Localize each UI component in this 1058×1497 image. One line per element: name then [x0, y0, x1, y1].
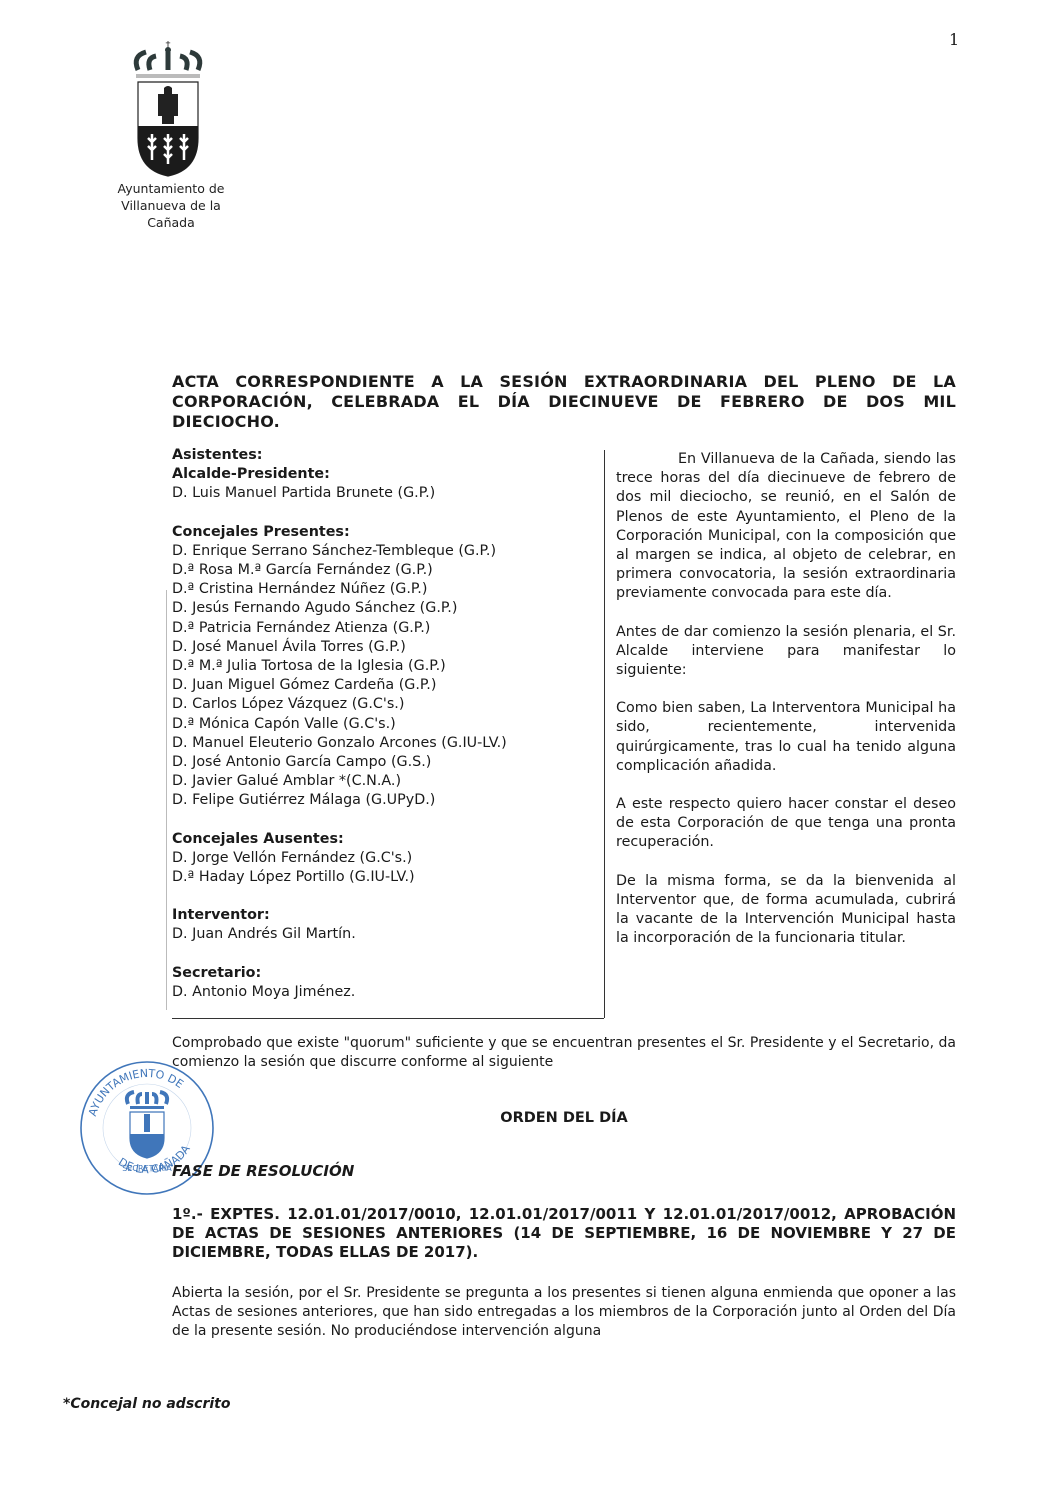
interventor-name: D. Juan Andrés Gil Martín.: [172, 925, 602, 944]
mayor-name: D. Luis Manuel Partida Brunete (G.P.): [172, 484, 602, 503]
present-councillor: D. Juan Miguel Gómez Cardeña (G.P.): [172, 676, 602, 695]
institution-caption: Ayuntamiento de Villanueva de la Cañada: [96, 180, 246, 231]
agenda-heading: ORDEN DEL DÍA: [172, 1110, 956, 1126]
present-councillor: D.ª M.ª Julia Tortosa de la Iglesia (G.P…: [172, 657, 602, 676]
column-divider: [604, 450, 605, 1018]
title-line-2: CORPORACIÓN, CELEBRADA EL DÍA DIECINUEVE…: [172, 392, 956, 432]
present-councillor: D. Manuel Eleuterio Gonzalo Arcones (G.I…: [172, 734, 602, 753]
narrative-paragraph-2: Antes de dar comienzo la sesión plenaria…: [616, 623, 956, 681]
municipal-coat-of-arms-icon: †: [128, 38, 208, 178]
page-number: 1: [949, 30, 959, 49]
secretario-name: D. Antonio Moya Jiménez.: [172, 983, 602, 1002]
present-heading: Concejales Presentes:: [172, 523, 602, 542]
present-councillor: D. Felipe Gutiérrez Málaga (G.UPyD.): [172, 791, 602, 810]
present-councillor: D. José Antonio García Campo (G.S.): [172, 753, 602, 772]
present-councillor: D. Carlos López Vázquez (G.C's.): [172, 695, 602, 714]
present-councillor: D. Javier Galué Amblar *(C.N.A.): [172, 772, 602, 791]
absent-heading: Concejales Ausentes:: [172, 830, 602, 849]
svg-text:AYUNTAMIENTO DE: AYUNTAMIENTO DE: [86, 1067, 186, 1118]
agenda-item-1-body: Abierta la sesión, por el Sr. Presidente…: [172, 1284, 956, 1341]
quorum-paragraph: Comprobado que existe "quorum" suficient…: [172, 1034, 956, 1072]
present-councillor: D. Enrique Serrano Sánchez-Tembleque (G.…: [172, 542, 602, 561]
box-bottom-rule: [172, 1018, 604, 1019]
caption-line-1: Ayuntamiento de: [96, 180, 246, 197]
footnote: *Concejal no adscrito: [63, 1396, 230, 1412]
mayor-heading: Alcalde-Presidente:: [172, 465, 602, 484]
caption-line-2: Villanueva de la Cañada: [96, 197, 246, 231]
agenda-item-1-title-text: 1º.- EXPTES. 12.01.01/2017/0010, 12.01.0…: [172, 1205, 956, 1262]
attendees-heading: Asistentes:: [172, 446, 602, 465]
narrative-paragraph-4: A este respecto quiero hacer constar el …: [616, 795, 956, 853]
present-councillor: D.ª Rosa M.ª García Fernández (G.P.): [172, 561, 602, 580]
present-councillor: D.ª Cristina Hernández Núñez (G.P.): [172, 580, 602, 599]
phase-heading: FASE DE RESOLUCIÓN: [172, 1162, 354, 1180]
present-councillor: D.ª Patricia Fernández Atienza (G.P.): [172, 619, 602, 638]
interventor-heading: Interventor:: [172, 906, 602, 925]
narrative-paragraph-3: Como bien saben, La Interventora Municip…: [616, 699, 956, 776]
session-narrative: En Villanueva de la Cañada, siendo las t…: [616, 450, 956, 967]
absent-councillor: D.ª Haday López Portillo (G.IU-LV.): [172, 868, 602, 887]
present-councillors: D. Enrique Serrano Sánchez-Tembleque (G.…: [172, 542, 602, 811]
absent-councillor: D. Jorge Vellón Fernández (G.C's.): [172, 849, 602, 868]
present-councillor: D.ª Mónica Capón Valle (G.C's.): [172, 715, 602, 734]
margin-line: [166, 590, 167, 1010]
present-councillor: D. José Manuel Ávila Torres (G.P.): [172, 638, 602, 657]
svg-text:SECRETARIA: SECRETARIA: [122, 1164, 172, 1173]
narrative-paragraph-1: En Villanueva de la Cañada, siendo las t…: [616, 450, 956, 604]
attendees-list: Asistentes: Alcalde-Presidente: D. Luis …: [172, 446, 602, 1002]
title-line-1: ACTA CORRESPONDIENTE A LA SESIÓN EXTRAOR…: [172, 372, 956, 392]
present-councillor: D. Jesús Fernando Agudo Sánchez (G.P.): [172, 599, 602, 618]
document-title: ACTA CORRESPONDIENTE A LA SESIÓN EXTRAOR…: [172, 372, 956, 432]
agenda-item-1-title: 1º.- EXPTES. 12.01.01/2017/0010, 12.01.0…: [172, 1205, 956, 1262]
secretario-heading: Secretario:: [172, 964, 602, 983]
narrative-paragraph-5: De la misma forma, se da la bienvenida a…: [616, 872, 956, 949]
absent-councillors: D. Jorge Vellón Fernández (G.C's.)D.ª Ha…: [172, 849, 602, 887]
